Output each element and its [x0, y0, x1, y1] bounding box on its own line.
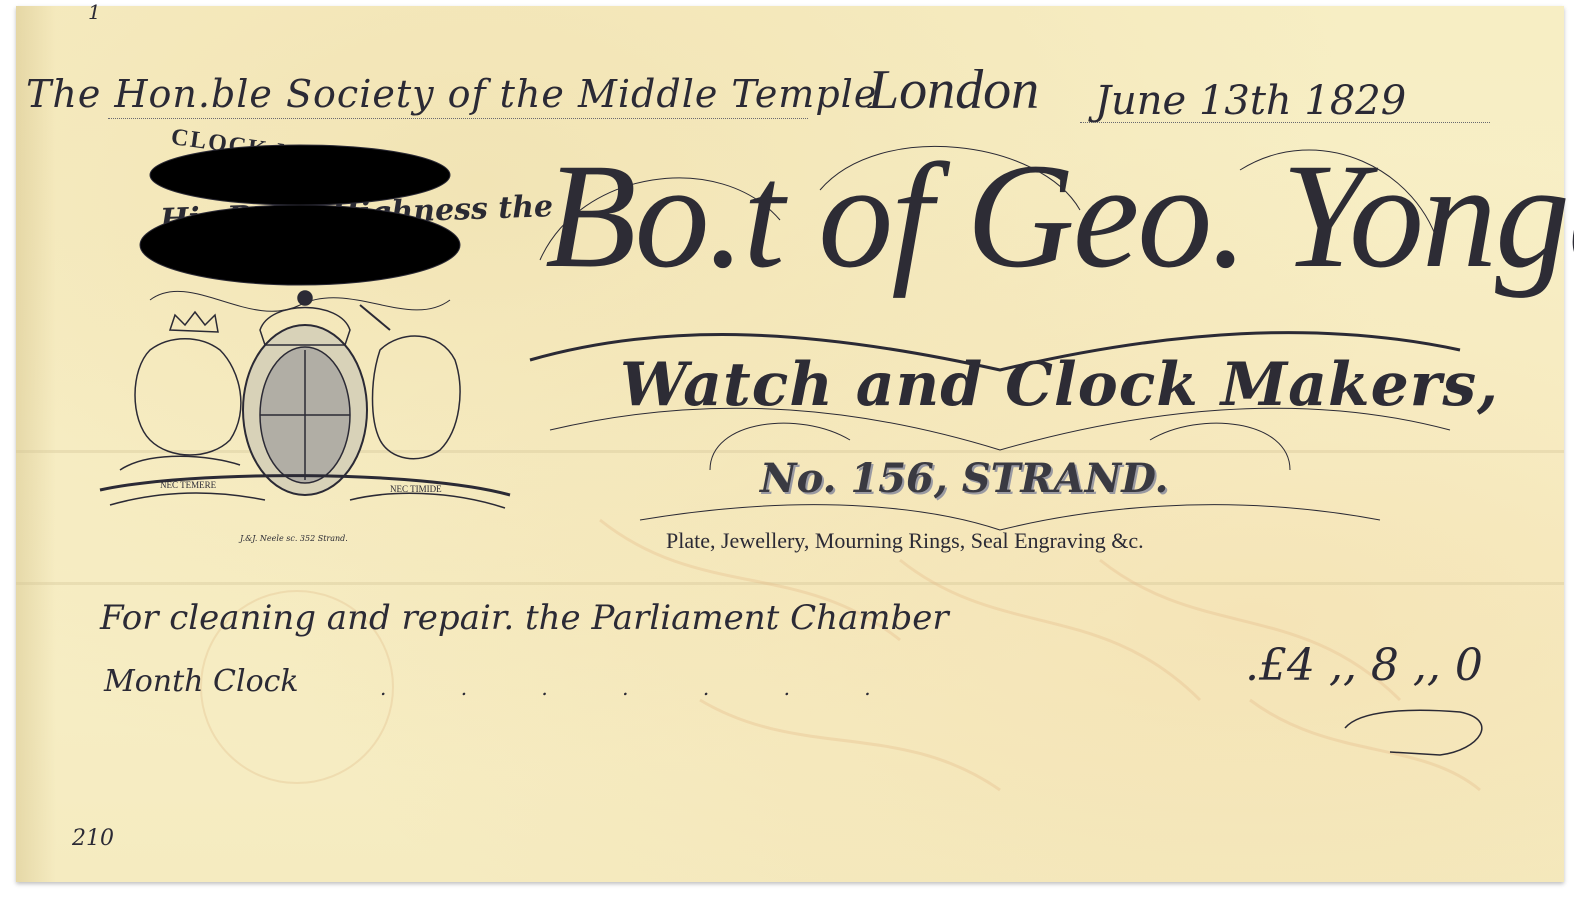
item-description-line2: Month Clock [104, 664, 299, 699]
item-amount: .£4 ,, 8 ,, 0 [1245, 640, 1483, 691]
svg-text:NEC TIMIDE: NEC TIMIDE [390, 484, 442, 494]
addressee-rule [108, 118, 808, 119]
svg-text:NEC TEMERE: NEC TEMERE [160, 480, 217, 490]
addressee: The Hon.ble Society of the Middle Temple [26, 72, 877, 116]
place: London [868, 58, 1039, 122]
corner-mark: 1 [88, 0, 101, 24]
date: June 13th 1829 [1095, 78, 1406, 124]
royal-coat-of-arms: NEC TEMERE NEC TIMIDE [90, 290, 520, 530]
bought-of-heading: Bo.t of Geo. Yonge & Son, [545, 130, 1574, 302]
goods-line: Plate, Jewellery, Mourning Rings, Seal E… [666, 528, 1144, 554]
trade-line: Watch and Clock Makers, [620, 350, 1499, 420]
leader-dots: . . . . . . . [380, 676, 905, 700]
date-rule [1080, 122, 1490, 123]
shop-address: No. 156, STRAND. [760, 455, 1168, 502]
item-description-line1: For cleaning and repair. the Parliament … [100, 598, 949, 638]
engraver-credit: J.&J. Neele sc. 352 Strand. [240, 534, 348, 543]
paid-flourish [1330, 700, 1510, 770]
archive-number: 210 [72, 826, 114, 851]
